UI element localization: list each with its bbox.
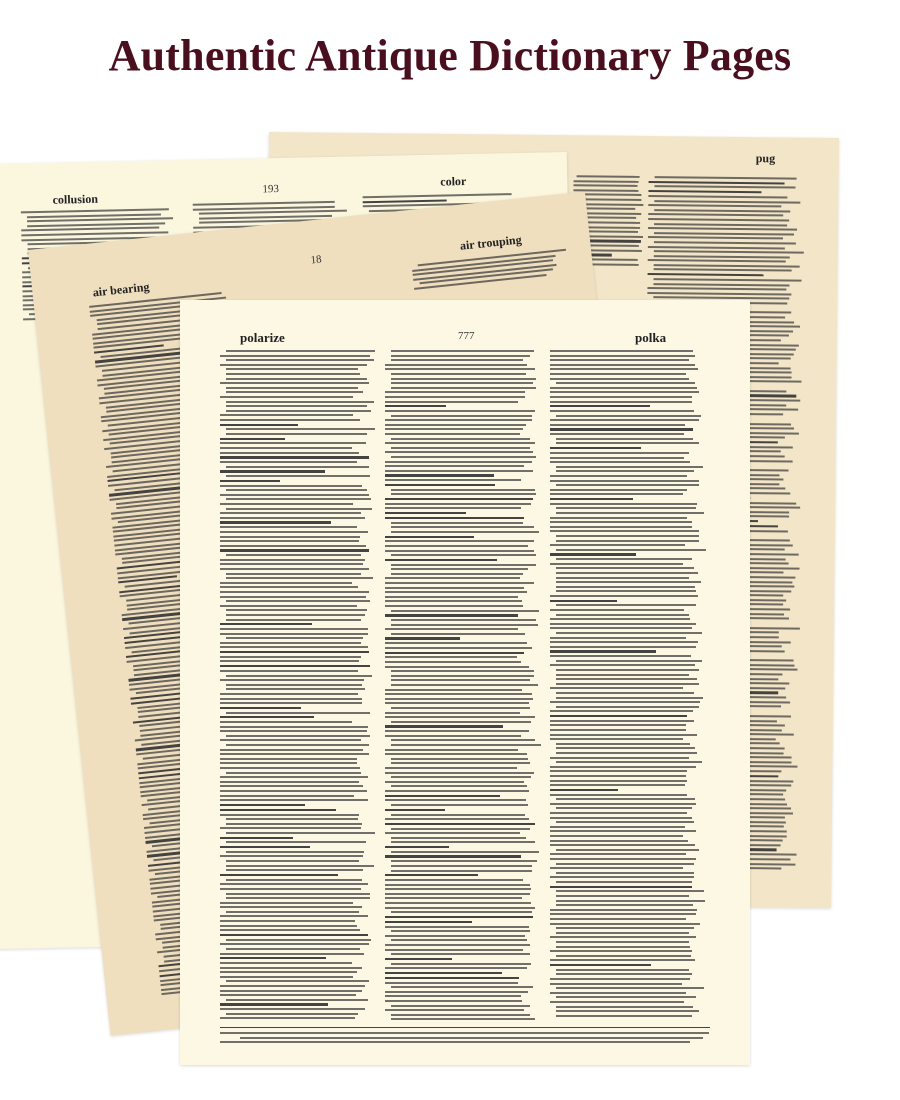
text-line <box>226 573 361 575</box>
text-line <box>391 382 533 384</box>
text-line <box>648 195 787 198</box>
text-line <box>220 470 325 472</box>
text-line <box>385 461 532 463</box>
text-line <box>220 642 361 644</box>
text-line <box>385 772 534 774</box>
text-line <box>220 456 369 458</box>
text-line <box>385 451 533 453</box>
text-line <box>220 517 365 519</box>
text-line <box>385 600 522 602</box>
text-line <box>220 665 370 667</box>
text-line <box>385 559 497 561</box>
text-line <box>550 876 694 878</box>
text-line <box>648 204 781 207</box>
text-line <box>391 776 531 778</box>
text-line <box>391 415 532 417</box>
text-line <box>385 433 520 435</box>
text-line <box>648 273 764 277</box>
text-line <box>220 943 369 945</box>
text-line <box>220 656 361 658</box>
text-line <box>647 292 791 296</box>
text-line <box>220 920 355 922</box>
text-line <box>226 735 370 737</box>
text-line <box>550 701 700 703</box>
text-line <box>550 595 698 597</box>
text-line <box>385 702 529 704</box>
text-line <box>550 687 683 689</box>
text-line <box>385 652 524 654</box>
text-line <box>648 213 783 216</box>
text-line <box>226 619 361 621</box>
text-line <box>391 870 532 872</box>
text-line <box>556 484 699 486</box>
text-line <box>648 227 797 231</box>
text-line <box>550 729 686 731</box>
text-line <box>220 698 362 700</box>
text-line <box>220 582 352 584</box>
text-line <box>220 925 357 927</box>
text-line <box>576 175 639 178</box>
text-line <box>391 531 539 533</box>
text-line <box>385 479 521 481</box>
text-line <box>220 985 365 987</box>
text-line <box>220 758 357 760</box>
text-line <box>556 535 699 537</box>
text-line <box>220 364 367 366</box>
text-line <box>391 744 541 746</box>
text-line <box>556 442 699 444</box>
text-line <box>220 971 357 973</box>
text-line <box>220 536 360 538</box>
text-line <box>550 359 689 361</box>
text-line <box>220 721 352 723</box>
text-line <box>556 507 696 509</box>
text-line <box>226 410 371 412</box>
text-line <box>556 438 693 440</box>
text-line <box>226 577 373 579</box>
text-line <box>385 628 518 630</box>
text-line <box>550 544 685 546</box>
text-line <box>556 1006 693 1008</box>
text-line <box>556 382 695 384</box>
text-line <box>220 957 326 959</box>
text-line <box>391 986 533 988</box>
text-line <box>220 781 359 783</box>
text-line <box>556 697 703 699</box>
text-line <box>226 688 365 690</box>
text-line <box>226 772 361 774</box>
text-line <box>226 675 372 677</box>
page-number: 777 <box>458 330 475 342</box>
text-line <box>226 860 359 862</box>
text-line <box>648 190 761 193</box>
pronunciation-key-footer <box>220 1032 710 1046</box>
text-line <box>391 851 539 853</box>
text-line <box>385 725 503 727</box>
text-line <box>391 828 530 830</box>
text-line <box>220 596 366 598</box>
text-line <box>574 180 639 183</box>
text-line <box>556 932 689 934</box>
text-line <box>226 405 367 407</box>
text-line <box>550 609 684 611</box>
text-line <box>226 600 370 602</box>
text-line <box>550 368 698 370</box>
text-line <box>220 749 363 751</box>
text-line <box>226 508 372 510</box>
text-line <box>391 963 531 965</box>
text-line <box>556 581 701 583</box>
text-line <box>220 1017 355 1019</box>
text-line <box>220 670 358 672</box>
text-line <box>654 232 794 235</box>
text-line <box>556 577 689 579</box>
text-line <box>385 846 449 848</box>
text-line <box>385 735 521 737</box>
text-line <box>385 809 445 811</box>
text-line <box>220 888 361 890</box>
guide-word-right: air trouping <box>459 232 522 253</box>
text-line <box>385 823 535 825</box>
text-line <box>648 236 783 239</box>
text-line <box>550 493 683 495</box>
text-line <box>220 549 369 551</box>
text-line <box>226 712 370 714</box>
text-line <box>550 983 682 985</box>
text-line <box>385 935 525 937</box>
text-line <box>385 795 500 797</box>
text-line <box>550 858 696 860</box>
text-line <box>556 798 695 800</box>
text-line <box>220 545 366 547</box>
guide-word-right: color <box>440 174 466 190</box>
text-line <box>220 1008 365 1010</box>
text-line <box>654 264 800 268</box>
guide-word-left: air bearing <box>92 280 150 301</box>
text-line <box>385 893 530 895</box>
text-line <box>220 568 369 570</box>
text-line <box>220 628 368 630</box>
text-line <box>654 278 802 282</box>
text-line <box>385 897 522 899</box>
text-line <box>385 753 527 755</box>
text-line <box>648 246 785 249</box>
text-line <box>391 573 523 575</box>
text-line <box>226 609 367 611</box>
text-line <box>556 761 702 763</box>
text-line <box>220 447 352 449</box>
text-line <box>220 730 367 732</box>
text-line <box>556 614 689 616</box>
text-line <box>385 536 474 538</box>
text-line <box>556 415 701 417</box>
text-line <box>220 902 353 904</box>
text-line <box>556 669 699 671</box>
text-line <box>240 1037 704 1039</box>
text-line <box>556 604 696 606</box>
page-number: 18 <box>310 253 322 266</box>
text-line <box>220 526 357 528</box>
text-line <box>220 799 368 801</box>
text-line <box>550 637 686 639</box>
text-line <box>226 489 367 491</box>
text-line <box>385 1000 522 1002</box>
text-line <box>556 996 696 998</box>
text-line <box>220 953 364 955</box>
text-line <box>385 484 495 486</box>
text-line <box>556 881 692 883</box>
text-line <box>550 401 692 403</box>
text-line <box>556 706 699 708</box>
text-line <box>550 517 687 519</box>
text-line <box>226 1013 358 1015</box>
text-line <box>226 614 365 616</box>
text-line <box>220 994 356 996</box>
text-line <box>550 355 695 357</box>
guide-word-right: pug <box>756 151 776 166</box>
text-line <box>550 378 689 380</box>
text-line <box>385 656 517 658</box>
text-line <box>226 823 362 825</box>
text-line <box>550 734 697 736</box>
text-line <box>385 879 523 881</box>
text-line <box>385 470 533 472</box>
text-line <box>550 710 693 712</box>
text-line <box>385 832 520 834</box>
text-line <box>556 821 694 823</box>
text-line <box>550 757 689 759</box>
text-line <box>391 785 527 787</box>
text-line <box>220 753 369 755</box>
guide-word-left: polarize <box>240 330 285 346</box>
text-line <box>226 401 374 403</box>
text-line <box>556 747 695 749</box>
text-line <box>220 883 368 885</box>
text-line <box>550 650 656 652</box>
text-line <box>226 466 369 468</box>
text-line <box>556 678 697 680</box>
text-column <box>412 249 564 292</box>
text-line <box>385 977 519 979</box>
text-line <box>220 633 368 635</box>
text-line <box>550 419 699 421</box>
text-line <box>550 840 688 842</box>
text-line <box>391 670 534 672</box>
text-line <box>550 405 650 407</box>
text-line <box>220 776 368 778</box>
text-line <box>226 841 366 843</box>
text-line <box>385 907 535 909</box>
text-line <box>550 923 700 925</box>
text-line <box>385 577 520 579</box>
text-line <box>220 814 359 816</box>
text-line <box>391 387 536 389</box>
text-line <box>550 563 683 565</box>
text-line <box>220 934 368 936</box>
text-line <box>385 799 526 801</box>
text-line <box>385 401 518 403</box>
text-line <box>556 632 702 634</box>
text-line <box>556 890 704 892</box>
text-line <box>550 1001 684 1003</box>
text-column <box>385 350 535 1023</box>
text-line <box>655 176 797 179</box>
text-line <box>550 909 697 911</box>
text-line <box>556 863 694 865</box>
text-line <box>556 540 699 542</box>
text-line <box>550 918 686 920</box>
text-line <box>391 679 530 681</box>
text-line <box>391 860 537 862</box>
text-line <box>391 378 536 380</box>
guide-word-right: polka <box>635 330 666 346</box>
text-line <box>556 973 692 975</box>
text-line <box>220 837 293 839</box>
text-line <box>385 874 478 876</box>
text-line <box>556 946 690 948</box>
text-line <box>556 660 702 662</box>
text-line <box>550 646 696 648</box>
text-line <box>550 794 687 796</box>
text-line <box>385 368 535 370</box>
text-line <box>556 904 693 906</box>
text-line <box>391 804 528 806</box>
text-line <box>220 874 338 876</box>
text-line <box>550 489 687 491</box>
text-line <box>550 424 685 426</box>
text-line <box>226 818 358 820</box>
text-line <box>391 1014 530 1016</box>
text-line <box>550 364 695 366</box>
text-line <box>385 921 472 923</box>
text-line <box>391 953 530 955</box>
text-line <box>556 872 694 874</box>
text-line <box>550 992 686 994</box>
text-line <box>556 807 692 809</box>
text-line <box>385 637 460 639</box>
text-line <box>385 465 524 467</box>
text-line <box>550 664 695 666</box>
text-line <box>648 259 786 262</box>
text-line <box>220 929 360 931</box>
text-line <box>550 964 651 966</box>
text-line <box>385 391 525 393</box>
text-line <box>391 841 535 843</box>
text-line <box>391 456 536 458</box>
text-line <box>550 978 690 980</box>
text-line <box>385 587 524 589</box>
text-line <box>226 897 370 899</box>
text-line <box>385 596 518 598</box>
text-line <box>556 470 694 472</box>
text-line <box>391 911 532 913</box>
text-line <box>550 835 683 837</box>
text-line <box>556 969 689 971</box>
text-line <box>550 387 697 389</box>
text-line <box>550 641 698 643</box>
text-line <box>220 646 368 648</box>
text-line <box>385 972 502 974</box>
text-line <box>220 915 368 917</box>
text-line <box>363 199 447 203</box>
text-line <box>556 941 689 943</box>
text-line <box>385 545 528 547</box>
text-line <box>226 869 363 871</box>
text-line <box>391 684 538 686</box>
text-line <box>550 521 692 523</box>
text-line <box>550 655 691 657</box>
text-line <box>391 1018 535 1020</box>
text-line <box>385 540 534 542</box>
text-line <box>385 730 529 732</box>
text-line <box>385 550 534 552</box>
footer-rule <box>220 1027 710 1028</box>
text-line <box>385 781 524 783</box>
text-line <box>220 651 369 653</box>
text-line <box>391 373 526 375</box>
text-line <box>220 623 312 625</box>
text-line <box>391 939 527 941</box>
text-line <box>550 627 692 629</box>
text-line <box>550 503 697 505</box>
text-line <box>385 405 446 407</box>
text-line <box>550 715 687 717</box>
text-line <box>226 433 367 435</box>
text-line <box>220 586 358 588</box>
text-line <box>550 373 686 375</box>
text-line <box>550 724 686 726</box>
text-line <box>556 692 694 694</box>
text-line <box>385 605 523 607</box>
text-line <box>556 586 695 588</box>
text-line <box>556 849 699 851</box>
text-line <box>556 927 694 929</box>
text-line <box>226 428 375 430</box>
text-line <box>550 853 686 855</box>
text-line <box>654 255 790 258</box>
text-line <box>550 350 693 352</box>
text-line <box>391 438 530 440</box>
text-line <box>220 396 353 398</box>
text-line <box>385 364 527 366</box>
text-line <box>391 930 530 932</box>
text-line <box>391 522 523 524</box>
text-line <box>550 886 692 888</box>
text-line <box>226 387 358 389</box>
text-line <box>654 241 796 244</box>
text-line <box>550 803 696 805</box>
text-line <box>550 784 685 786</box>
text-line <box>550 936 696 938</box>
text-line <box>391 758 528 760</box>
text-line <box>550 812 687 814</box>
text-line <box>220 461 357 463</box>
text-line <box>220 804 305 806</box>
text-line <box>226 378 367 380</box>
text-line <box>550 867 683 869</box>
text-line <box>220 790 367 792</box>
text-line <box>550 950 692 952</box>
text-line <box>220 1003 328 1005</box>
text-line <box>226 391 363 393</box>
text-line <box>226 865 374 867</box>
text-line <box>391 721 531 723</box>
text-line <box>385 442 535 444</box>
text-line <box>220 716 314 718</box>
text-line <box>391 447 530 449</box>
text-line <box>391 619 536 621</box>
text-line <box>220 521 331 523</box>
